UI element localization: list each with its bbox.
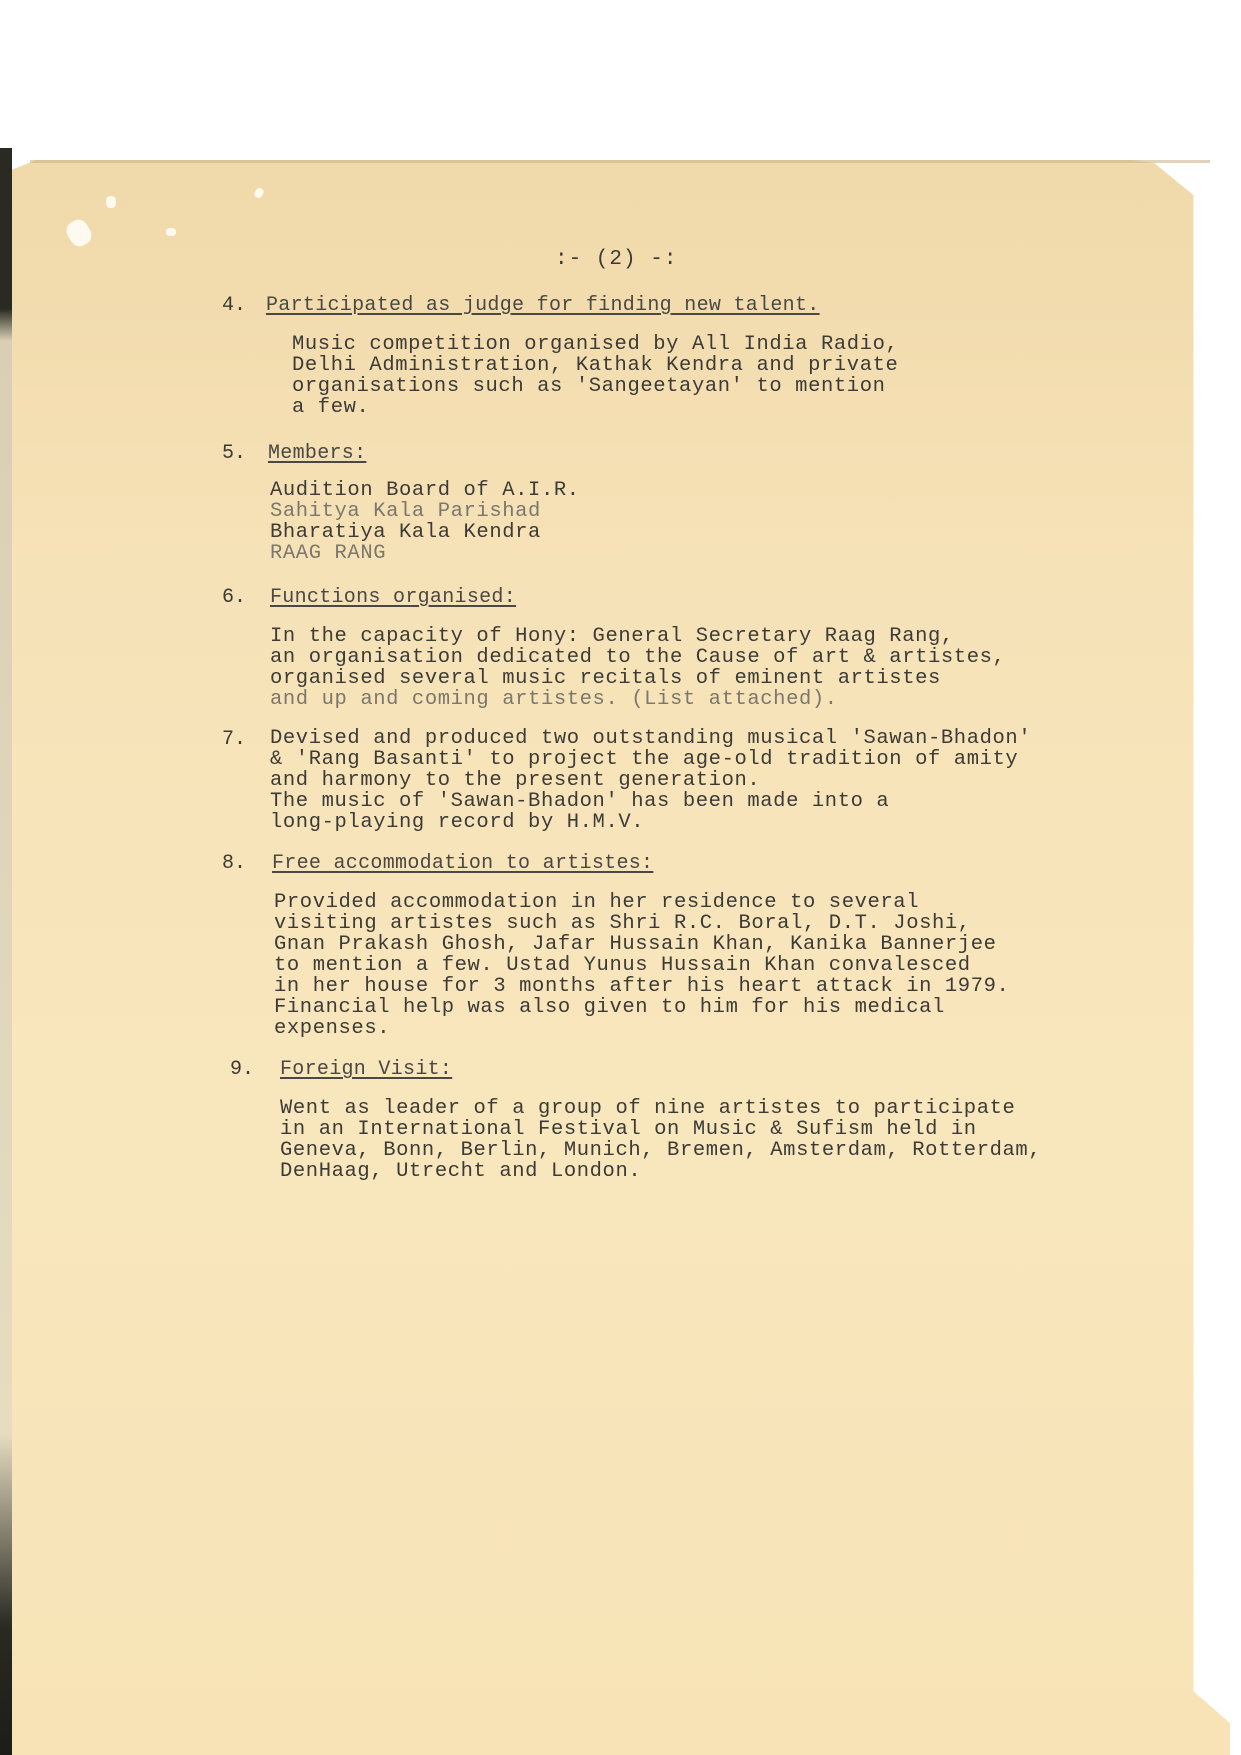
section-number: 4. — [222, 294, 246, 317]
paper-damage-fleck — [106, 196, 116, 208]
body-line: RAAG RANG — [270, 543, 580, 564]
section-number: 9. — [230, 1058, 254, 1081]
section-title: Participated as judge for finding new ta… — [266, 294, 820, 317]
section-body: Music competition organised by All India… — [292, 334, 898, 418]
body-line: Geneva, Bonn, Berlin, Munich, Bremen, Am… — [280, 1140, 1041, 1161]
body-line: and harmony to the present generation. — [270, 770, 1031, 791]
section-body: Audition Board of A.I.R. Sahitya Kala Pa… — [270, 480, 580, 564]
body-line: Sahitya Kala Parishad — [270, 501, 580, 522]
section-number: 5. — [222, 442, 246, 465]
section-title: Members: — [268, 442, 366, 465]
body-line: Music competition organised by All India… — [292, 334, 898, 355]
body-line: Provided accommodation in her residence … — [274, 892, 1009, 913]
body-line: & 'Rang Basanti' to project the age-old … — [270, 749, 1031, 770]
body-line: Financial help was also given to him for… — [274, 997, 1009, 1018]
body-line: Bharatiya Kala Kendra — [270, 522, 580, 543]
section-number: 7. — [222, 728, 246, 751]
body-line: a few. — [292, 397, 898, 418]
body-line: Audition Board of A.I.R. — [270, 480, 580, 501]
body-line: The music of 'Sawan-Bhadon' has been mad… — [270, 791, 1031, 812]
section-body: Devised and produced two outstanding mus… — [270, 728, 1031, 833]
body-line: visiting artistes such as Shri R.C. Bora… — [274, 913, 1009, 934]
section-title: Free accommodation to artistes: — [272, 852, 653, 875]
body-line: long-playing record by H.M.V. — [270, 812, 1031, 833]
section-body: In the capacity of Hony: General Secreta… — [270, 626, 1005, 710]
section-body: Went as leader of a group of nine artist… — [280, 1098, 1041, 1182]
paper-top-edge — [30, 160, 1210, 163]
section-number: 6. — [222, 586, 246, 609]
body-line: Delhi Administration, Kathak Kendra and … — [292, 355, 898, 376]
body-line: Went as leader of a group of nine artist… — [280, 1098, 1041, 1119]
body-line: an organisation dedicated to the Cause o… — [270, 647, 1005, 668]
section-number: 8. — [222, 852, 246, 875]
scanner-edge — [0, 148, 12, 1755]
page-number: :- (2) -: — [555, 248, 677, 271]
body-line: and up and coming artistes. (List attach… — [270, 689, 1005, 710]
body-line: organisations such as 'Sangeetayan' to m… — [292, 376, 898, 397]
section-title: Foreign Visit: — [280, 1058, 452, 1081]
body-line: to mention a few. Ustad Yunus Hussain Kh… — [274, 955, 1009, 976]
body-line: In the capacity of Hony: General Secreta… — [270, 626, 1005, 647]
body-line: expenses. — [274, 1018, 1009, 1039]
body-line: in her house for 3 months after his hear… — [274, 976, 1009, 997]
section-body: Provided accommodation in her residence … — [274, 892, 1009, 1039]
body-line: Gnan Prakash Ghosh, Jafar Hussain Khan, … — [274, 934, 1009, 955]
body-line: DenHaag, Utrecht and London. — [280, 1161, 1041, 1182]
section-title: Functions organised: — [270, 586, 516, 609]
body-line: in an International Festival on Music & … — [280, 1119, 1041, 1140]
body-line: organised several music recitals of emin… — [270, 668, 1005, 689]
paper-damage-fleck — [166, 228, 176, 236]
body-line: Devised and produced two outstanding mus… — [270, 728, 1031, 749]
